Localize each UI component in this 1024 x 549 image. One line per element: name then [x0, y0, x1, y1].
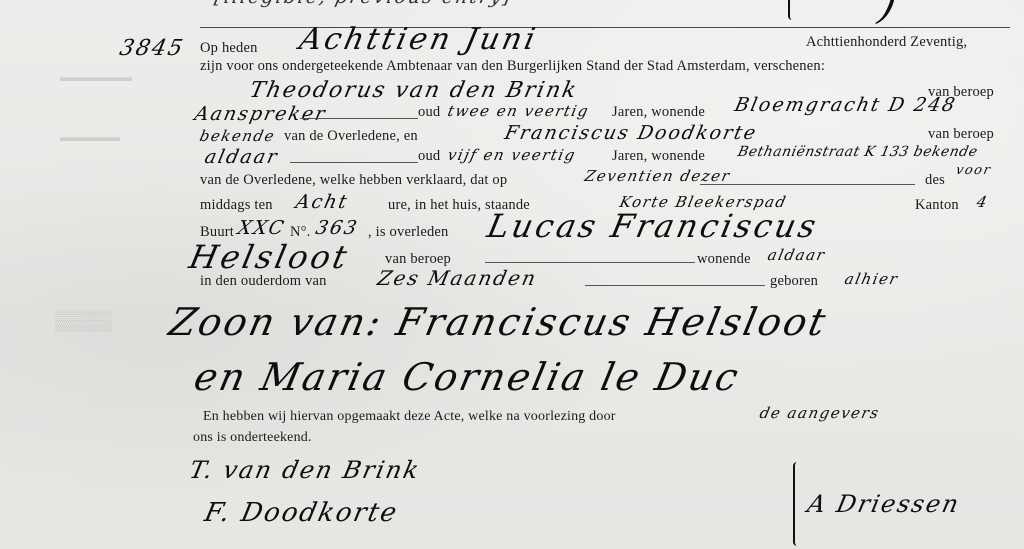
- hw-declarant1-name: Theodorus van den Brink: [247, 78, 580, 103]
- printed-middags-ten: middags ten: [200, 197, 273, 214]
- hw-declarant1-profession: Aanspreker: [193, 103, 329, 125]
- hw-des-time: voor: [954, 163, 992, 178]
- hw-parents-father: Zoon van: Franciscus Helsloot: [165, 300, 831, 344]
- hw-date-of-death: Zeventien dezer: [583, 167, 732, 185]
- hw-deceased-residence: aldaar: [766, 246, 827, 264]
- printed-jaren-wonende-1: Jaren, wonende: [612, 104, 705, 121]
- signature-official: A Driessen: [805, 490, 963, 518]
- printed-ouderdom: in den ouderdom van: [200, 273, 327, 290]
- fill-line: [585, 285, 765, 286]
- fill-line: [290, 162, 418, 163]
- hw-birthplace: alhier: [843, 270, 900, 288]
- hw-declarant1-age: twee en veertig: [446, 102, 591, 120]
- signature-bracket: [793, 462, 801, 546]
- hw-read-by: de aangevers: [758, 404, 881, 422]
- bleed-through-text: ▬▬▬▬▬▬: [60, 70, 132, 85]
- hw-declarant1-relation: bekende: [198, 127, 277, 145]
- printed-closing-2: ons is onderteekend.: [193, 430, 312, 446]
- bleed-through-text: ▬▬▬▬▬: [60, 130, 120, 145]
- fill-line: [300, 118, 418, 119]
- signature-declarant1: T. van den Brink: [187, 456, 423, 484]
- hw-declarant2-profession: aldaar: [203, 146, 281, 168]
- hw-buurt: XXC: [236, 217, 288, 239]
- signature-declarant2: F. Doodkorte: [202, 498, 401, 528]
- printed-jaren-wonende-2: Jaren, wonende: [612, 148, 705, 165]
- printed-kanton: Kanton: [915, 197, 959, 214]
- printed-line2: zijn voor ons ondergeteekende Ambtenaar …: [200, 58, 825, 75]
- printed-des: des: [925, 172, 945, 189]
- printed-wonende-3: wonende: [697, 251, 751, 268]
- printed-oud-2: oud: [418, 148, 440, 165]
- printed-verklaard: van de Overledene, welke hebben verklaar…: [200, 172, 507, 189]
- printed-op-heden: Op heden: [200, 40, 258, 57]
- record-number: 3845: [117, 36, 186, 61]
- hw-parents-mother: en Maria Cornelia le Duc: [190, 355, 744, 399]
- previous-entry-bracket: [788, 0, 796, 20]
- printed-oud-1: oud: [418, 104, 440, 121]
- hw-declarant2-address: Bethaniënstraat K 133 bekende: [736, 144, 979, 160]
- previous-entry-scribble: [illegible, previous entry]: [213, 0, 515, 8]
- printed-overledene-en: van de Overledene, en: [284, 128, 418, 145]
- hw-deceased-first-name: Lucas Franciscus: [484, 207, 822, 245]
- hw-house-number: 363: [314, 217, 361, 239]
- printed-is-overleden: , is overleden: [368, 224, 449, 241]
- fill-line: [700, 184, 915, 185]
- hw-declarant1-address: Bloemgracht D 248: [733, 94, 959, 116]
- hw-declarant2-age: vijf en veertig: [446, 146, 578, 164]
- printed-year: Achttienhonderd Zeventig,: [806, 34, 967, 51]
- printed-geboren: geboren: [770, 273, 818, 290]
- printed-van-beroep-2: van beroep: [928, 126, 994, 143]
- bleed-through-stamp: ▒▒▒▒: [55, 310, 112, 333]
- hw-deceased-age: Zes Maanden: [375, 266, 539, 290]
- hw-declarant2-name: Franciscus Doodkorte: [503, 122, 760, 144]
- printed-closing-1: En hebben wij hiervan opgemaakt deze Act…: [203, 409, 616, 425]
- fill-line: [485, 262, 695, 263]
- hw-date-day-month: Achttien Juni: [296, 22, 541, 57]
- hw-deceased-last-name: Helsloot: [186, 238, 353, 276]
- hw-hour: Acht: [294, 191, 351, 213]
